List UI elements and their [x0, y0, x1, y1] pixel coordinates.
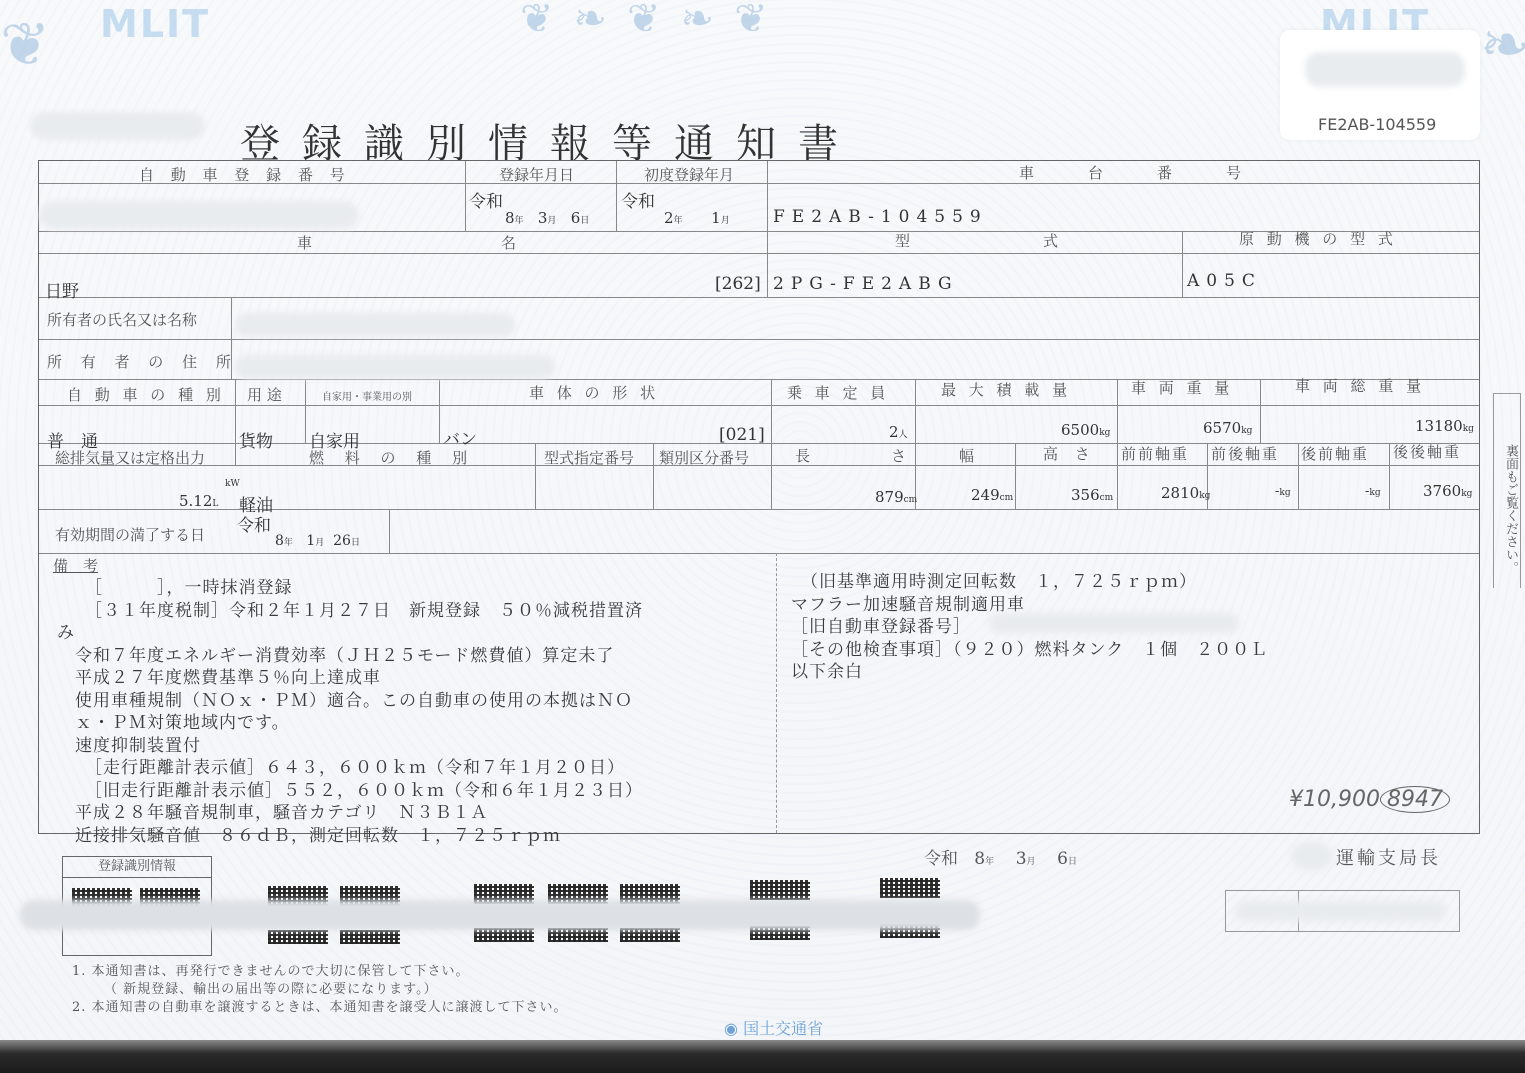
remark-line: 平成２８年騒音規制車，騒音カテゴリ Ｎ３Ｂ１Ａ — [75, 798, 488, 823]
category-number-label: 類別区分番号 — [659, 447, 749, 468]
remark-line: 平成２７年度燃費基準５％向上達成車 — [75, 663, 381, 688]
engine-model: A05C — [1187, 271, 1262, 291]
capacity: 2人 — [889, 423, 908, 441]
reg-date: 8年 3月 6日 — [505, 209, 589, 227]
ff-axle-weight: 2810kg — [1161, 484, 1210, 502]
fr-axle-weight: -kg — [1275, 484, 1291, 499]
gross-weight-label: 車 両 総 重 量 — [1295, 375, 1425, 396]
footer-note-1: 1. 本通知書は、再発行できませんので大切に保管して下さい。 — [72, 960, 470, 979]
length-label: 長 — [795, 445, 810, 466]
reg-date-era: 令和 — [469, 187, 503, 212]
redacted-area — [1305, 52, 1465, 87]
height-label: 高 さ — [1043, 443, 1096, 464]
remark-line: 速度抑制装置付 — [75, 731, 201, 756]
corner-ornament-icon: ❧ — [1480, 10, 1525, 80]
remark-line: 近接排気騒音値 ８６ｄＢ，測定回転数 １，７２５ｒｐｍ — [75, 821, 561, 846]
first-reg-era: 令和 — [621, 187, 655, 212]
seal-box — [1225, 890, 1460, 932]
max-load-label: 最 大 積 載 量 — [941, 379, 1071, 400]
reg-date-label: 登録年月日 — [499, 164, 574, 185]
rr-axle-label: 後後軸重 — [1393, 441, 1461, 462]
redacted-strip — [20, 900, 980, 930]
ministry-mark: ◉ 国土交通省 — [724, 1016, 823, 1039]
model-label: 型 — [895, 230, 910, 251]
qr-code — [268, 930, 328, 944]
car-name-label-2: 名 — [501, 232, 516, 253]
displacement-unit-kw: kW — [225, 479, 240, 489]
length: 879cm — [875, 488, 917, 506]
vehicle-weight-label: 車 両 重 量 — [1131, 377, 1233, 398]
ornament-icon: ❦❧❦❧❦ — [520, 0, 788, 42]
body-shape-code: [021] — [719, 425, 765, 445]
rf-axle-weight: -kg — [1365, 484, 1381, 499]
private-label: 自家用・事業用の別 — [322, 388, 412, 403]
redacted-owner-name — [235, 313, 515, 337]
rf-axle-label: 後前軸重 — [1301, 443, 1369, 464]
qr-code — [340, 930, 400, 944]
expiry-label: 有効期間の満了する日 — [55, 524, 205, 545]
serial-number: FE2AB-104559 — [1318, 115, 1436, 134]
issue-date: 令和 8年 3月 6日 — [924, 844, 1077, 869]
length-label-2: さ — [891, 445, 906, 466]
redacted-area — [30, 112, 205, 140]
remark-line: 以下余白 — [791, 657, 863, 682]
remark-line: 令和７年度エネルギー消費効率（ＪＨ２５モード燃費値）算定未了 — [75, 641, 614, 666]
remark-line: ［その他検査事項］（９２０）燃料タンク １個 ２００Ｌ — [791, 635, 1268, 660]
fuel-type-label: 燃 料 の 種 別 — [309, 447, 475, 468]
expiry-era: 令和 — [237, 511, 271, 536]
chassis-number: FE2AB-104559 — [773, 207, 988, 227]
footer-note-2: 2. 本通知書の自動車を譲渡するときは、本通知書を譲受人に譲渡して下さい。 — [72, 996, 568, 1015]
owner-name-label: 所有者の氏名又は名称 — [47, 309, 197, 330]
capacity-label: 乗 車 定 員 — [787, 382, 889, 403]
qr-code — [750, 880, 810, 900]
corner-ornament-icon: ❦ — [0, 10, 50, 80]
redacted-issuer-region — [1292, 842, 1332, 870]
rr-axle-weight: 3760kg — [1423, 482, 1472, 500]
ministry-logo-icon: ◉ — [724, 1019, 738, 1038]
gross-weight: 13180kg — [1415, 417, 1474, 435]
scan-edge — [0, 1040, 1525, 1073]
qr-code — [620, 928, 680, 942]
qr-code — [548, 928, 608, 942]
remark-line: み — [57, 618, 75, 643]
type-designation-label: 型式指定番号 — [544, 447, 634, 468]
serial-box: FE2AB-104559 — [1280, 30, 1480, 140]
qr-box-label: 登録識別情報 — [63, 857, 211, 878]
first-reg-date: 2年 1月 — [664, 209, 730, 227]
engine-model-label: 原 動 機 の 型 式 — [1239, 228, 1397, 249]
mlit-logo-left: MLIT — [100, 2, 210, 46]
first-reg-label: 初度登録年月 — [644, 164, 734, 185]
redacted-area — [1236, 901, 1446, 921]
width-label: 幅 — [959, 445, 974, 466]
qr-code — [474, 928, 534, 942]
remark-line: ［ ］，一時抹消登録 — [85, 573, 293, 598]
model: 2PG-FE2ABG — [773, 274, 959, 294]
use-label: 用 途 — [247, 384, 282, 405]
redacted-old-reg-number — [989, 613, 1239, 633]
remark-line: ［走行距離計表示値］６４３，６００ｋｍ（令和７年１月２０日） — [85, 753, 625, 778]
ff-axle-label: 前前軸重 — [1121, 443, 1189, 464]
remark-line: ｘ・ＰＭ対策地域内です。 — [75, 708, 290, 733]
width: 249cm — [971, 486, 1013, 504]
remark-line: ［３１年度税制］令和２年１月２７日 新規登録 ５０％減税措置済 — [85, 596, 643, 621]
registration-table: 自 動 車 登 録 番 号 登録年月日 初度登録年月 車 台 番 号 令和 8年… — [38, 160, 1480, 834]
car-name-label: 車 — [297, 232, 312, 253]
chassis-label: 車 台 番 号 — [1019, 162, 1249, 183]
remark-line: ［旧走行距離計表示値］５５２，６００ｋｍ（令和６年１月２３日） — [85, 776, 643, 801]
use: 貨物 — [239, 427, 273, 452]
car-name: 日野 — [45, 277, 79, 302]
document-sheet: MLIT MLIT ❦❧❦❧❦ ❦ ❧ 登録識別情報等通知書 FE2AB-104… — [0, 0, 1525, 1040]
vehicle-weight: 6570kg — [1203, 419, 1252, 437]
qr-code — [880, 878, 940, 898]
displacement-label: 総排気量又は定格出力 — [55, 447, 205, 468]
max-load: 6500kg — [1061, 421, 1110, 439]
remark-line: 使用車種規制（ＮＯｘ・ＰＭ）適合。この自動車の使用の本拠はＮＯ — [75, 686, 633, 711]
handwritten-amount: ¥10,9008947 — [1289, 787, 1450, 812]
expiry-date: 8年 1月 26日 — [275, 533, 360, 549]
footer-note-1b: （ 新規登録、輸出の届出等の際に必要になります。） — [104, 978, 438, 997]
fr-axle-label: 前後軸重 — [1211, 443, 1279, 464]
height: 356cm — [1071, 486, 1113, 504]
remark-line: （旧基準適用時測定回転数 １，７２５ｒｐｍ） — [801, 567, 1197, 592]
model-label-2: 式 — [1043, 230, 1058, 251]
remark-line: マフラー加速騒音規制適用車 — [791, 590, 1025, 615]
remark-line: ［旧自動車登録番号］ — [791, 612, 971, 637]
car-name-code: [262] — [715, 274, 761, 294]
issuer: 運輸支局長 — [1336, 844, 1441, 870]
reg-number-label: 自 動 車 登 録 番 号 — [139, 164, 351, 185]
displacement: 5.12L — [179, 492, 218, 510]
owner-address-label: 所 有 者 の 住 所 — [47, 351, 238, 372]
redacted-reg-number — [39, 201, 359, 229]
body-shape-label: 車 体 の 形 状 — [529, 382, 659, 403]
remarks-divider — [776, 553, 777, 833]
vehicle-type-label: 自 動 車 の 種 別 — [67, 384, 225, 405]
redacted-owner-address — [235, 355, 555, 379]
see-reverse-note: 裏面もご覧ください。 — [1493, 393, 1521, 588]
